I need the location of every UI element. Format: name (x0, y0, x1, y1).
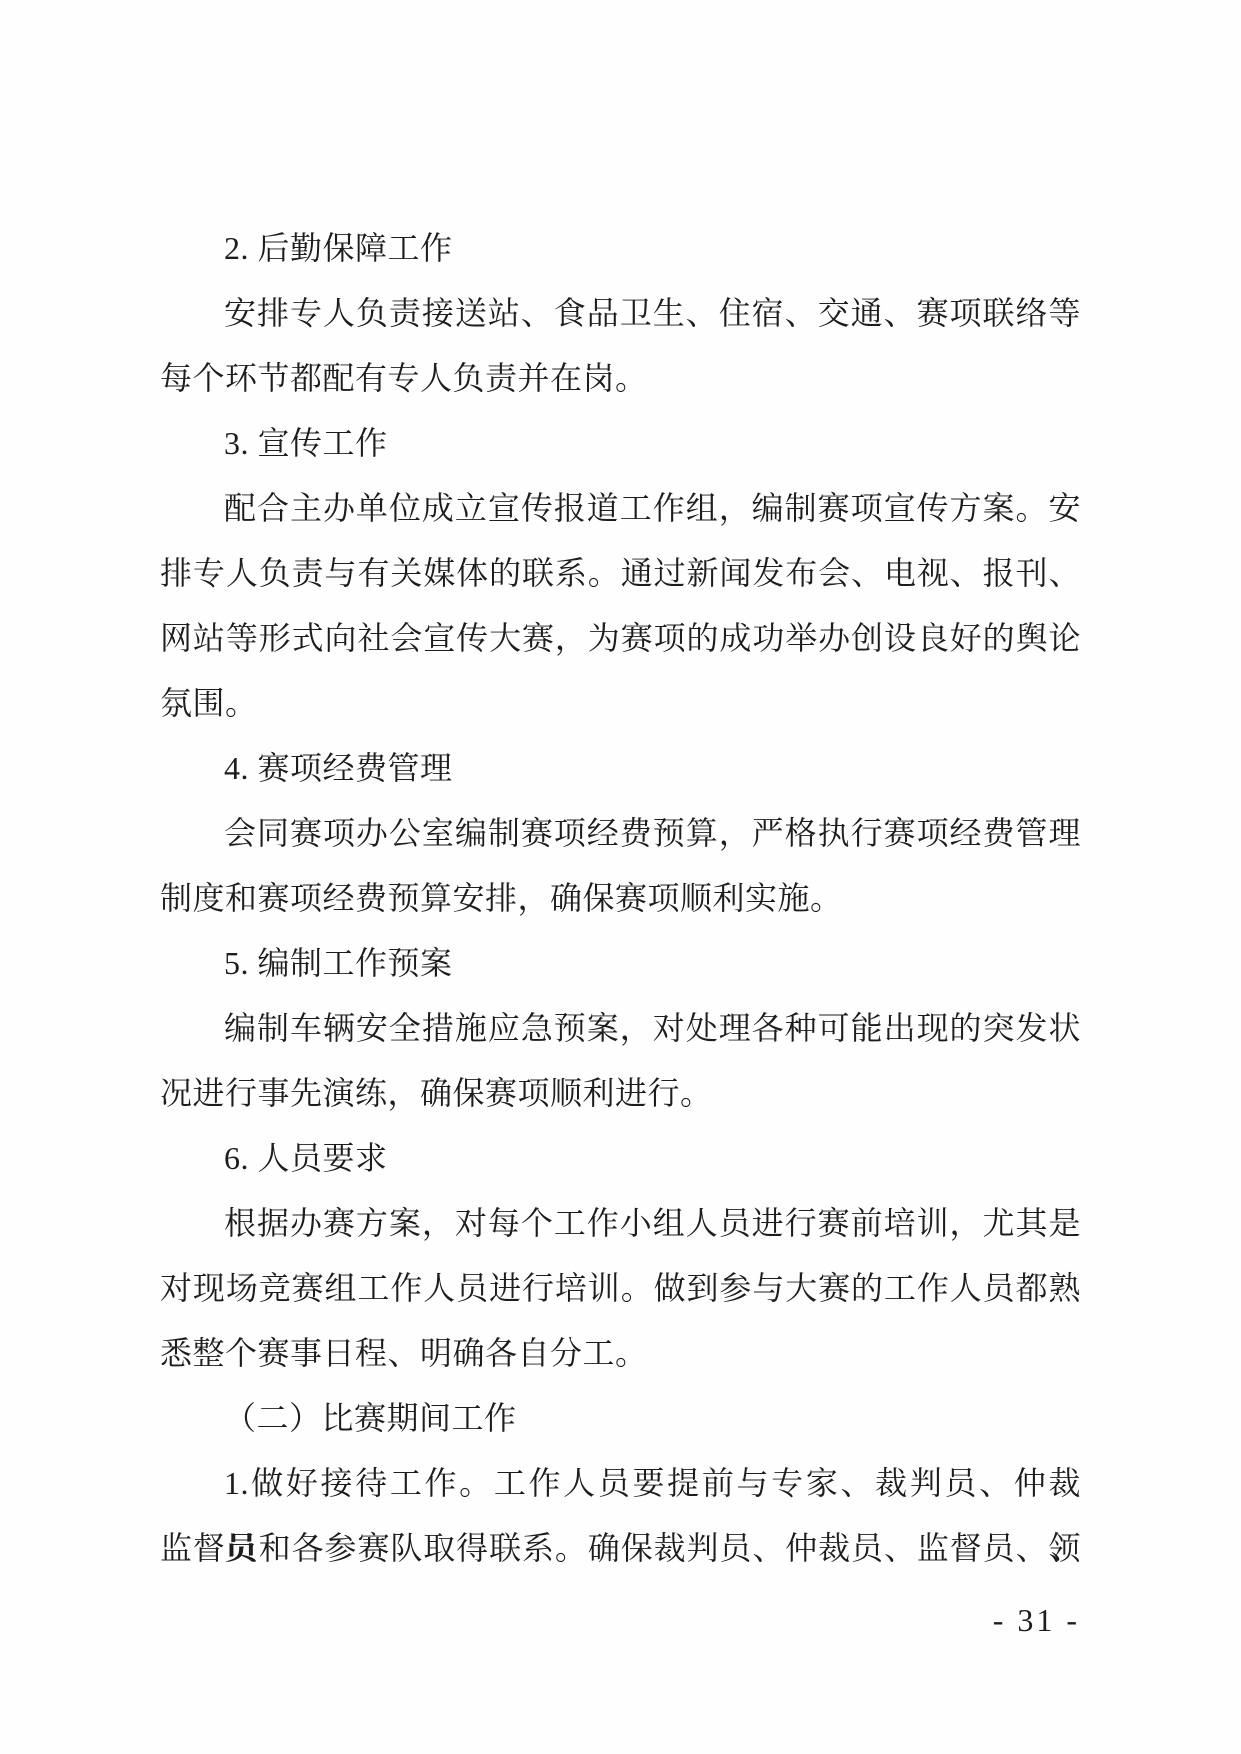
section-heading: （二）比赛期间工作 (160, 1386, 1081, 1451)
section-heading: 4. 赛项经费管理 (160, 736, 1081, 801)
section-heading: 6. 人员要求 (160, 1126, 1081, 1191)
section-heading: 3. 宣传工作 (160, 411, 1081, 476)
paragraph-line: 网站等形式向社会宣传大赛，为赛项的成功举办创设良好的舆论 (160, 606, 1081, 671)
paragraph-line: 1.做好接待工作。工作人员要提前与专家、裁判员、仲裁员、 (160, 1451, 1081, 1516)
paragraph-line: 每个环节都配有专人负责并在岗。 (160, 346, 1081, 411)
paragraph-line: 监督员和各参赛队取得联系。确保裁判员、仲裁员、监督员、领 (160, 1516, 1081, 1581)
paragraph-line: 排专人负责与有关媒体的联系。通过新闻发布会、电视、报刊、 (160, 541, 1081, 606)
paragraph-line: 根据办赛方案，对每个工作小组人员进行赛前培训，尤其是 (160, 1191, 1081, 1256)
paragraph-line: 配合主办单位成立宣传报道工作组，编制赛项宣传方案。安 (160, 476, 1081, 541)
paragraph-line: 况进行事先演练，确保赛项顺利进行。 (160, 1061, 1081, 1126)
section-heading: 5. 编制工作预案 (160, 931, 1081, 996)
document-body: 2. 后勤保障工作安排专人负责接送站、食品卫生、住宿、交通、赛项联络等每个环节都… (160, 216, 1081, 1581)
page-number: - 31 - (993, 1596, 1080, 1644)
paragraph-line: 悉整个赛事日程、明确各自分工。 (160, 1321, 1081, 1386)
document-page: 2. 后勤保障工作安排专人负责接送站、食品卫生、住宿、交通、赛项联络等每个环节都… (0, 0, 1241, 1754)
section-heading: 2. 后勤保障工作 (160, 216, 1081, 281)
paragraph-line: 对现场竞赛组工作人员进行培训。做到参与大赛的工作人员都熟 (160, 1256, 1081, 1321)
paragraph-line: 氛围。 (160, 671, 1081, 736)
paragraph-line: 会同赛项办公室编制赛项经费预算，严格执行赛项经费管理 (160, 801, 1081, 866)
paragraph-line: 安排专人负责接送站、食品卫生、住宿、交通、赛项联络等 (160, 281, 1081, 346)
paragraph-line: 制度和赛项经费预算安排，确保赛项顺利实施。 (160, 866, 1081, 931)
paragraph-line: 编制车辆安全措施应急预案，对处理各种可能出现的突发状 (160, 996, 1081, 1061)
